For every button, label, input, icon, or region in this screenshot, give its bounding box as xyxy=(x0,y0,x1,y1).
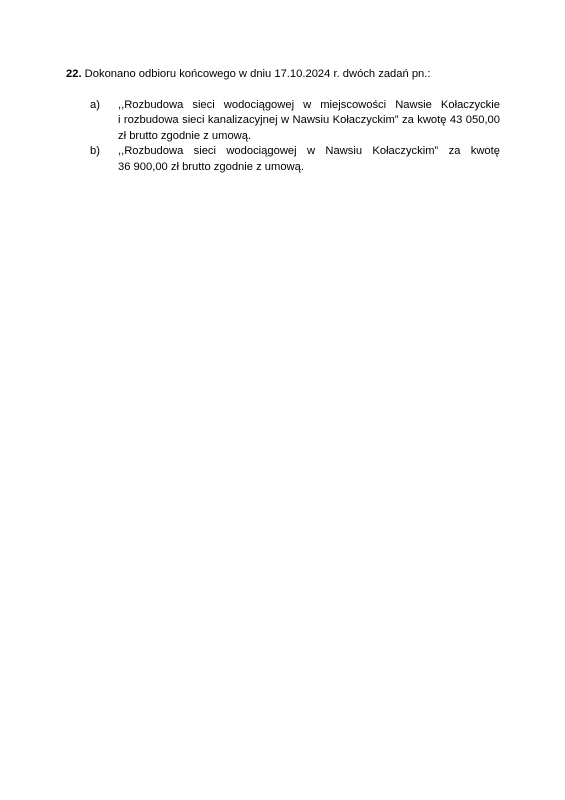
section-number: 22. xyxy=(66,68,82,80)
item-line: ,,Rozbudowa sieci wodociągowej w miejsco… xyxy=(118,98,500,113)
item-line: ,,Rozbudowa sieci wodociągowej w Nawsiu … xyxy=(118,144,500,159)
task-list: a) ,,Rozbudowa sieci wodociągowej w miej… xyxy=(90,98,500,175)
item-line: zł brutto zgodnie z umową. xyxy=(118,129,500,144)
heading-text: Dokonano odbioru końcowego w dniu 17.10.… xyxy=(82,68,431,80)
list-item-a: a) ,,Rozbudowa sieci wodociągowej w miej… xyxy=(90,98,500,144)
section-heading: 22. Dokonano odbioru końcowego w dniu 17… xyxy=(66,67,431,81)
item-line: 36 900,00 zł brutto zgodnie z umową. xyxy=(118,160,500,175)
item-line: i rozbudowa sieci kanalizacyjnej w Nawsi… xyxy=(118,113,500,128)
list-marker: b) xyxy=(90,144,100,159)
list-marker: a) xyxy=(90,98,100,113)
list-item-b: b) ,,Rozbudowa sieci wodociągowej w Naws… xyxy=(90,144,500,175)
